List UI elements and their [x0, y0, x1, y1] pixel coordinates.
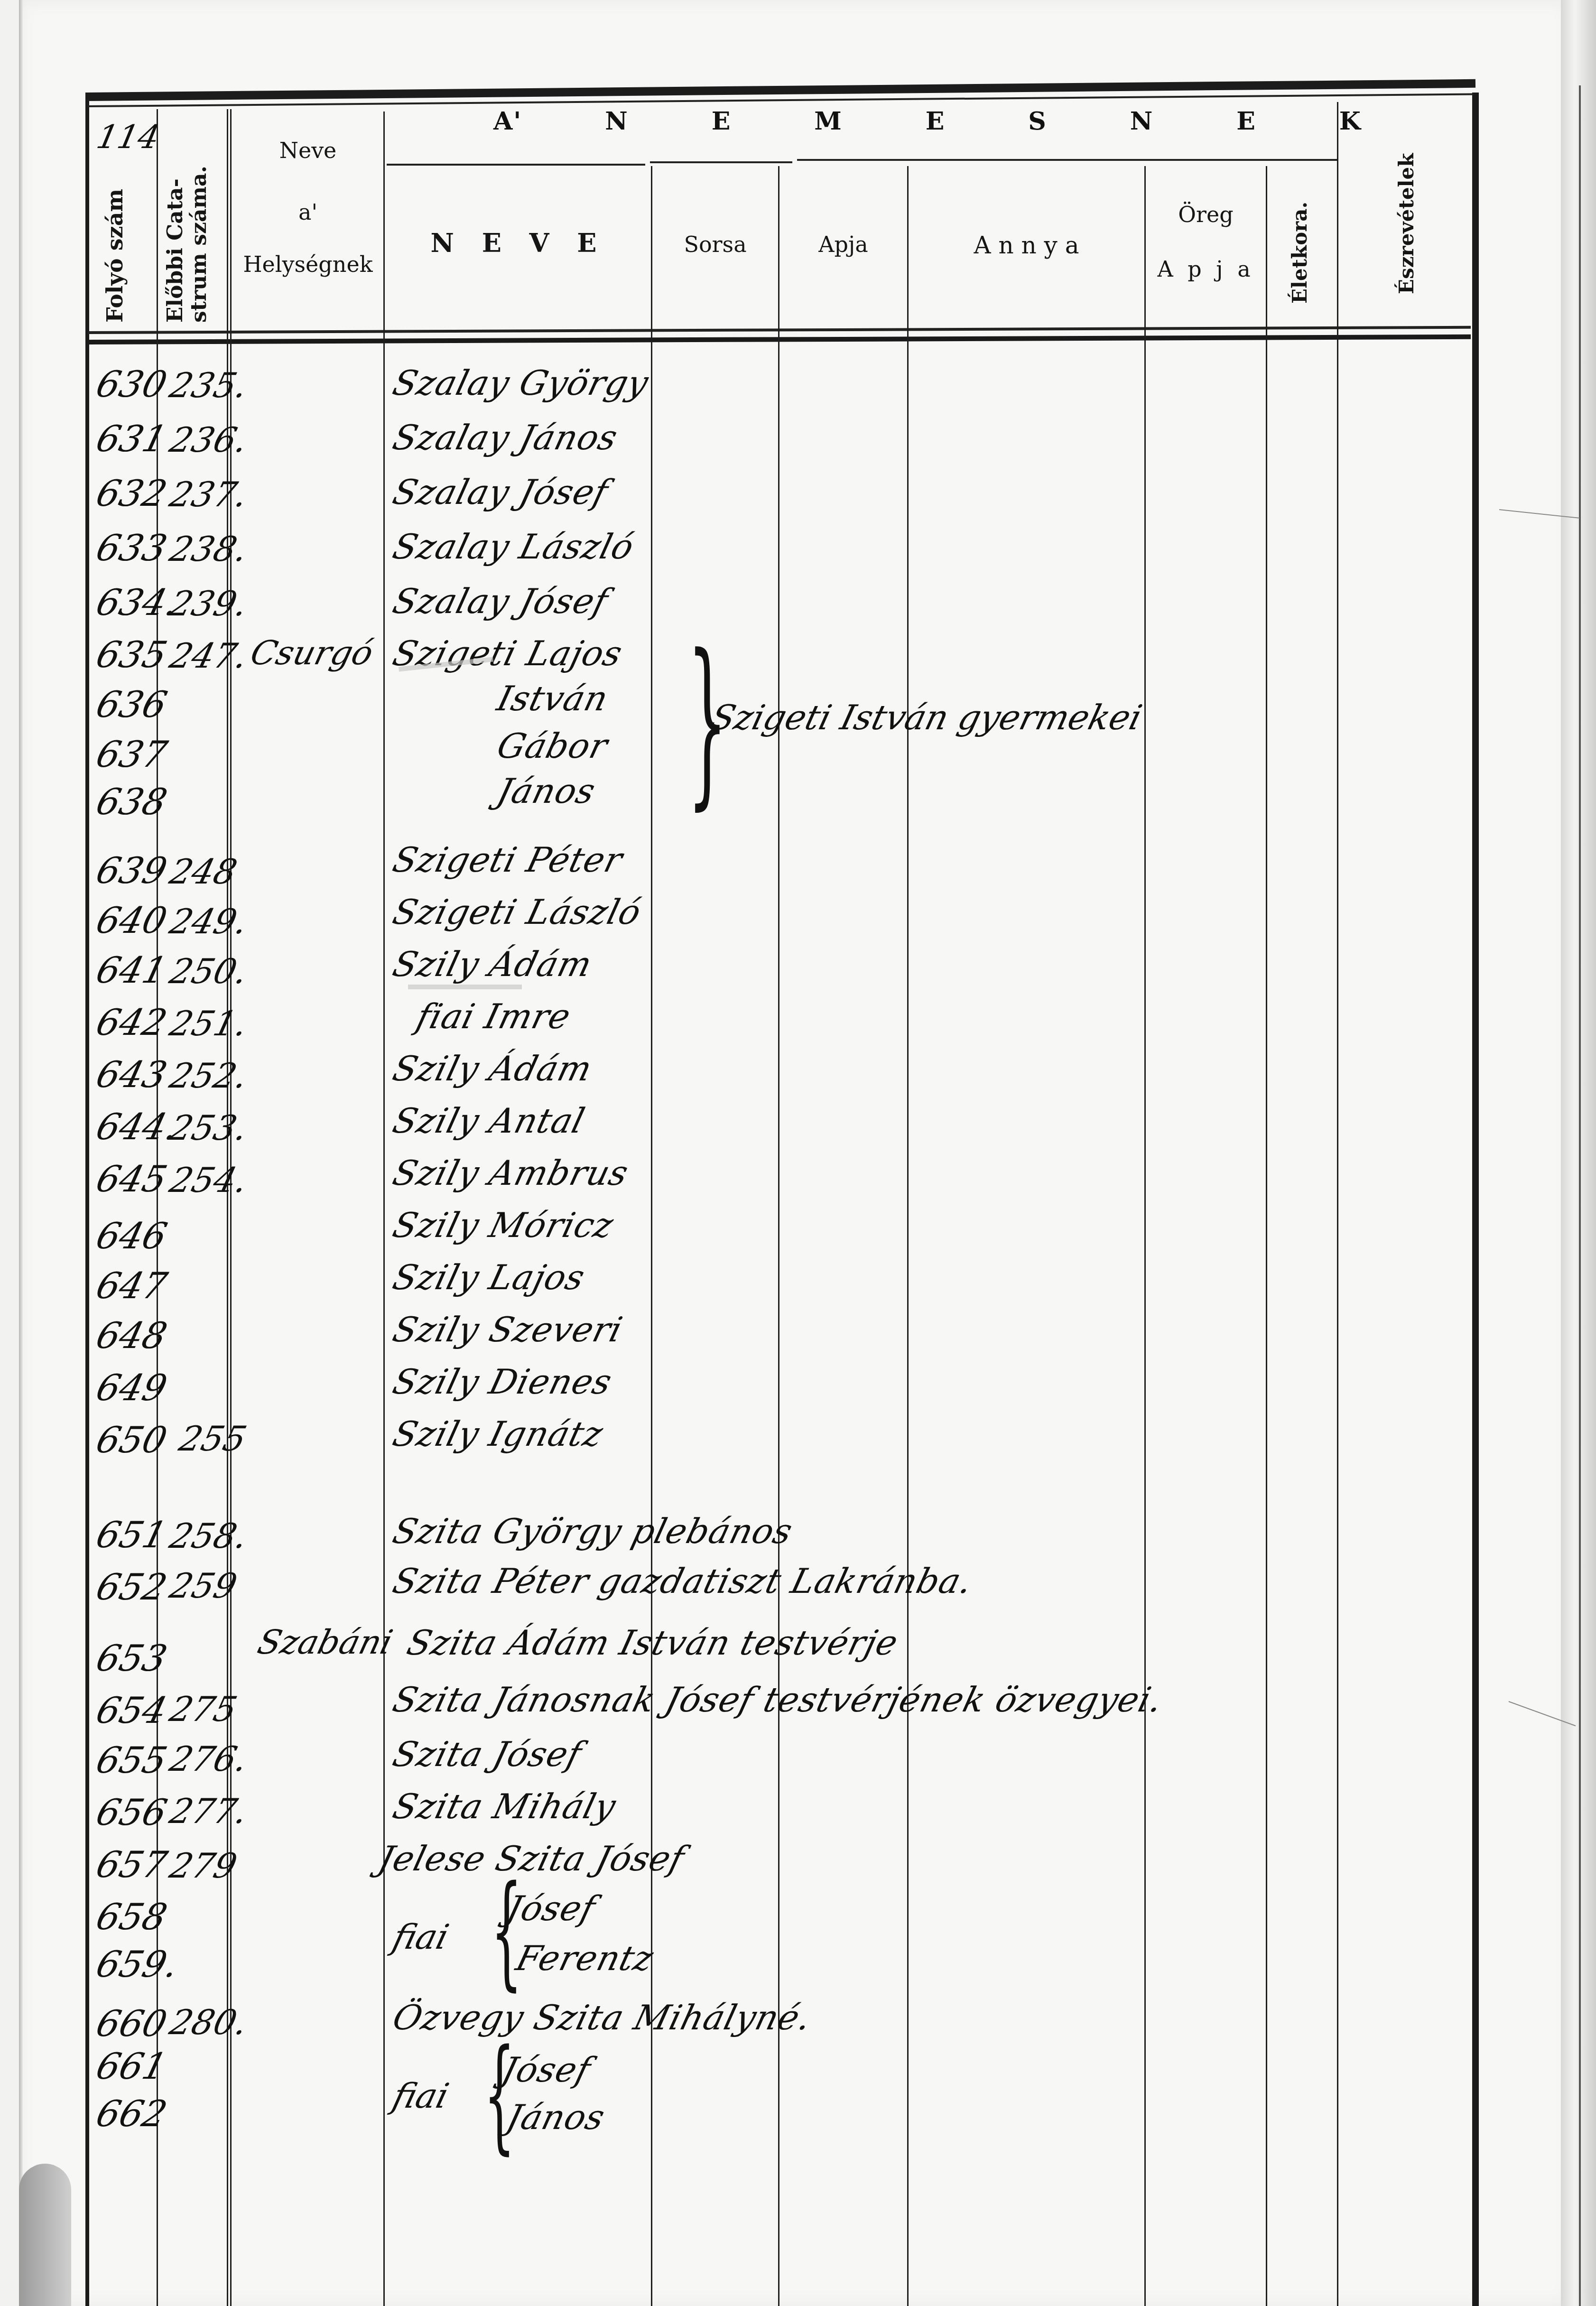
row-catastrum: 258. — [166, 1516, 252, 1556]
row-number: 645 — [92, 1158, 171, 1200]
row-number: 639 — [92, 849, 171, 892]
col-divider-oreg — [1266, 166, 1267, 2306]
row-name: Szily Dienes — [389, 1362, 616, 1402]
row-name: Szita György plebános — [389, 1511, 797, 1551]
row-name: Szita Mihály — [389, 1786, 621, 1826]
row-number: 638 — [92, 781, 171, 823]
header-helyseg-line1: Neve — [232, 138, 383, 163]
row-number: 642 — [92, 1001, 171, 1043]
row-catastrum: 252. — [166, 1056, 252, 1096]
page-edge-left — [19, 0, 23, 2306]
table-frame — [85, 93, 1479, 2306]
row-number: 641 — [92, 949, 171, 991]
row-name: Szalay László — [389, 527, 639, 567]
row-catastrum: 239. — [166, 584, 252, 623]
row-catastrum: 279 — [166, 1846, 241, 1886]
fiai-label: fiai — [389, 2076, 453, 2116]
row-number: 656 — [92, 1791, 171, 1833]
row-catastrum: 248 — [166, 852, 241, 892]
row-catastrum: 255 — [176, 1419, 251, 1459]
row-number: 654 — [92, 1689, 171, 1731]
header-letter: K — [1339, 107, 1362, 136]
header-letter: E — [926, 107, 946, 136]
header-oreg-line2: A p j a — [1146, 256, 1266, 282]
header-letter: E — [712, 107, 732, 136]
row-name: Szalay Jósef — [389, 581, 612, 621]
header-elobbi-line1: Előbbi Cata- — [163, 178, 187, 323]
row-catastrum: 251. — [166, 1004, 252, 1043]
header-helyseg-line2: a' — [232, 199, 383, 225]
row-number: 650 — [92, 1419, 171, 1461]
row-catastrum: 236. — [166, 420, 252, 460]
header-eletkora: Életkora. — [1288, 180, 1311, 304]
page-edge-right — [1561, 0, 1596, 2306]
row-catastrum: 247. — [166, 636, 252, 676]
row-name: Szily Ignátz — [389, 1414, 608, 1454]
row-number: 633 — [92, 527, 171, 569]
row-catastrum: 237. — [166, 474, 252, 514]
col-divider-eletkora — [1337, 102, 1338, 2306]
row-name: Szigeti Péter — [389, 840, 627, 880]
header-subrule — [797, 159, 1338, 161]
row-number: 631 — [92, 418, 171, 460]
header-oreg-line1: Öreg — [1146, 202, 1266, 227]
row-name: Szily Antal — [389, 1101, 589, 1141]
col-divider-apja — [907, 166, 909, 2306]
row-place: Csurgó — [247, 633, 377, 672]
row-number: 649 — [92, 1367, 171, 1409]
row-name: István — [493, 679, 612, 718]
header-apja: Apja — [779, 232, 907, 257]
thumb-shadow — [19, 2164, 71, 2306]
header-elobbi-line2: strum száma. — [187, 166, 211, 323]
row-catastrum: 253. — [166, 1108, 252, 1148]
row-catastrum: 276. — [166, 1739, 252, 1779]
ink-smudge — [408, 985, 522, 989]
row-catastrum: 235. — [166, 365, 252, 405]
page-number: 114 — [93, 119, 163, 156]
header-elobbi-catastrum: Előbbi Cata- strum száma. — [164, 114, 211, 323]
row-number: 653 — [92, 1637, 171, 1679]
row-number: 643 — [92, 1053, 171, 1096]
row-number: 657 — [92, 1843, 171, 1886]
row-number: 647 — [92, 1265, 171, 1307]
header-nemesnek: A' N E M E S N E K — [493, 107, 1362, 136]
col-divider-helyseg — [383, 112, 385, 2306]
binding-line — [1579, 85, 1581, 2306]
row-place: Szabáni — [254, 1623, 397, 1662]
row-number: 640 — [92, 899, 171, 941]
row-catastrum: 250. — [166, 951, 252, 991]
row-catastrum: 280. — [166, 2002, 252, 2042]
row-catastrum: 238. — [166, 529, 252, 569]
row-name: Szalay Jósef — [389, 472, 612, 512]
header-subrule — [387, 164, 645, 166]
group-note: Szigeti István gyermekei — [707, 697, 1146, 737]
row-number: 661 — [92, 2045, 171, 2087]
header-letter: N — [605, 107, 629, 136]
row-name: Szalay János — [389, 418, 622, 457]
row-name: János — [503, 2097, 609, 2137]
row-name: Ferentz — [512, 1938, 658, 1978]
row-name: fiai Imre — [413, 996, 575, 1036]
row-name: Szalay György — [389, 363, 653, 403]
row-name: Szita Ádám István testvérje — [403, 1623, 902, 1663]
header-helyseg-line3: Helységnek — [232, 251, 383, 277]
row-name: Jelese Szita Jósef — [375, 1839, 689, 1878]
header-nemesnek-prefix: A' — [493, 107, 522, 136]
fiai-label: fiai — [389, 1917, 453, 1957]
row-number: 660 — [92, 2002, 171, 2045]
row-number: 646 — [92, 1215, 171, 1257]
row-name: Szily Ambrus — [389, 1153, 633, 1193]
col-divider-annya — [1144, 166, 1146, 2306]
row-catastrum: 277. — [166, 1791, 252, 1831]
header-letter: M — [814, 107, 843, 136]
row-name: Szita Péter gazdatiszt Lakránba. — [389, 1561, 977, 1601]
header-subrule — [650, 161, 792, 163]
row-catastrum: 254. — [166, 1160, 252, 1200]
row-number: 655 — [92, 1739, 171, 1781]
row-name: Szily Lajos — [389, 1257, 589, 1297]
row-number: 637 — [92, 733, 171, 775]
header-folyo-szam: Folyó szám — [102, 180, 128, 323]
row-name: Szigeti László — [389, 892, 646, 932]
header-letter: E — [1236, 107, 1256, 136]
col-divider-neve — [651, 166, 652, 2306]
row-name: Szita Jósef — [389, 1734, 586, 1774]
row-number: 630 — [92, 363, 171, 405]
header-letter: N — [1130, 107, 1154, 136]
header-letter: S — [1028, 107, 1047, 136]
row-name: Szily Szeveri — [389, 1310, 627, 1349]
row-number: 659. — [92, 1943, 183, 1985]
row-number: 648 — [92, 1314, 171, 1357]
header-eszrevetelek: Észrevételek — [1395, 138, 1418, 294]
row-number: 635 — [92, 633, 171, 676]
row-number: 651 — [92, 1514, 171, 1556]
row-name: Szita Jánosnak Jósef testvérjének özvegy… — [389, 1680, 1167, 1720]
header-annya: A n n y a — [909, 232, 1144, 259]
group-brace: { — [491, 1869, 522, 1993]
row-catastrum: 249. — [166, 902, 252, 941]
row-number: 652 — [92, 1566, 171, 1608]
row-catastrum: 259 — [166, 1566, 241, 1606]
header-sorsa: Sorsa — [652, 232, 778, 257]
row-number: 636 — [92, 683, 171, 725]
row-name: Gábor — [493, 726, 612, 766]
row-name: Szily Ádám — [389, 1049, 596, 1088]
row-name: Özvegy Szita Mihályné. — [389, 1998, 816, 2037]
row-number: 662 — [92, 2092, 171, 2135]
row-number: 658 — [92, 1896, 171, 1938]
group-brace: { — [484, 2033, 515, 2157]
row-catastrum: 275 — [166, 1689, 241, 1729]
row-name: János — [493, 771, 600, 811]
header-neve: N E V E — [387, 228, 650, 258]
row-name: Szily Ádám — [389, 944, 596, 984]
row-name: Szily Móricz — [389, 1205, 618, 1245]
col-divider-sorsa — [778, 166, 779, 2306]
row-number: 632 — [92, 472, 171, 514]
